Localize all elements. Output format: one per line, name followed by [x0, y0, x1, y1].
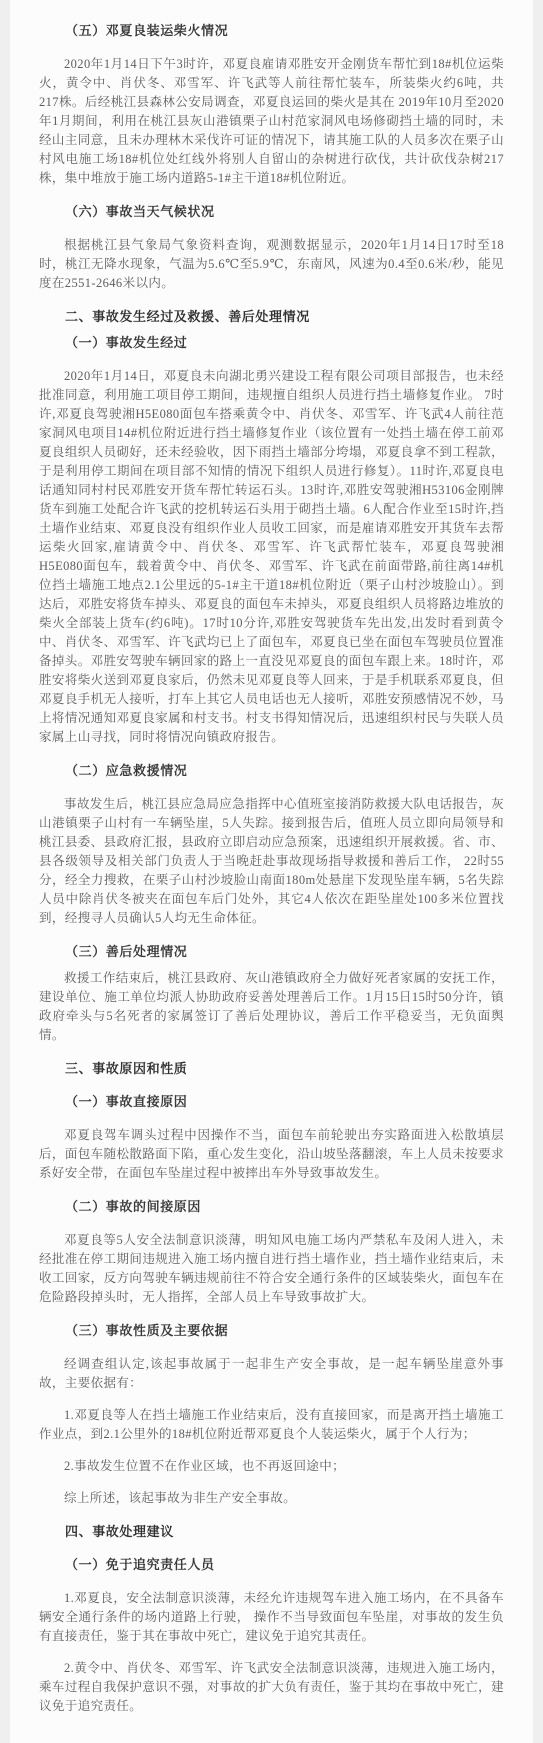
- heading-section4-handling-suggestions: 四、事故处理建议: [39, 1523, 504, 1541]
- heading-exempt-persons: （一）免于追究责任人员: [39, 1556, 504, 1574]
- heading-aftermath-handling: （三）善后处理情况: [39, 943, 504, 961]
- heading-weather-conditions: （六）事故当天气候状况: [39, 203, 504, 221]
- paragraph-wood-loading-details: 2020年1月14日下午3时许，邓夏良雇请邓胜安开金刚货车帮忙到18#机位运柴火…: [39, 55, 504, 188]
- heading-indirect-cause: （二）事故的间接原因: [39, 1198, 504, 1216]
- paragraph-basis-item-1: 1.邓夏良等人在挡土墙施工作业结束后，没有直接回家，而是离开挡土墙施工作业点，到…: [39, 1406, 504, 1444]
- heading-wood-loading-situation: （五）邓夏良装运柴火情况: [39, 22, 504, 40]
- paragraph-nature-determination: 经调查组认定,该起事故属于一起非生产安全事故，是一起车辆坠崖意外事故，主要依据有…: [39, 1355, 504, 1393]
- paragraph-aftermath-details: 救援工作结束后，桃江县政府、灰山港镇政府全力做好死者家属的安抚工作，建设单位、施…: [39, 969, 504, 1045]
- paragraph-nature-conclusion: 综上所述，该起事故为非生产安全事故。: [39, 1489, 504, 1508]
- heading-direct-cause: （一）事故直接原因: [39, 1093, 504, 1111]
- heading-accident-nature-basis: （三）事故性质及主要依据: [39, 1322, 504, 1340]
- heading-section2-accident-course-rescue: 二、事故发生经过及救援、善后处理情况: [39, 308, 504, 326]
- document-frame: （五）邓夏良装运柴火情况 2020年1月14日下午3时许，邓夏良雇请邓胜安开金刚…: [0, 0, 543, 1743]
- paragraph-exempt-person-1: 1.邓夏良，安全法制意识淡薄，未经允许违规驾车进入施工场内，在不具备车辆安全通行…: [39, 1589, 504, 1646]
- paragraph-direct-cause-details: 邓夏良驾车调头过程中因操作不当，面包车前轮驶出夯实路面进入松散填层后，面包车随松…: [39, 1126, 504, 1183]
- heading-accident-course: （一）事故发生经过: [39, 334, 504, 352]
- paragraph-indirect-cause-details: 邓夏良等5人安全法制意识淡薄，明知风电施工场内严禁私车及闲人进入，未经批准在停工…: [39, 1231, 504, 1307]
- paragraph-exempt-person-2: 2.黄令中、肖伏冬、邓雪军、许飞武安全法制意识淡薄，违规进入施工场内，乘车过程自…: [39, 1659, 504, 1716]
- report-page: （五）邓夏良装运柴火情况 2020年1月14日下午3时许，邓夏良雇请邓胜安开金刚…: [10, 0, 533, 1743]
- heading-section3-cause-and-nature: 三、事故原因和性质: [39, 1060, 504, 1078]
- paragraph-accident-course-details: 2020年1月14日，邓夏良未向湖北勇兴建设工程有限公司项目部报告，也未经批准同…: [39, 367, 504, 747]
- paragraph-weather-details: 根据桃江县气象局气象资料查询，观测数据显示，2020年1月14日17时至18时，…: [39, 236, 504, 293]
- paragraph-basis-item-2: 2.事故发生位置不在作业区域，也不再返回途中；: [39, 1457, 504, 1476]
- paragraph-emergency-rescue-details: 事故发生后，桃江县应急局应急指挥中心值班室接消防救援大队电话报告，灰山港镇栗子山…: [39, 795, 504, 928]
- heading-emergency-rescue: （二）应急救援情况: [39, 762, 504, 780]
